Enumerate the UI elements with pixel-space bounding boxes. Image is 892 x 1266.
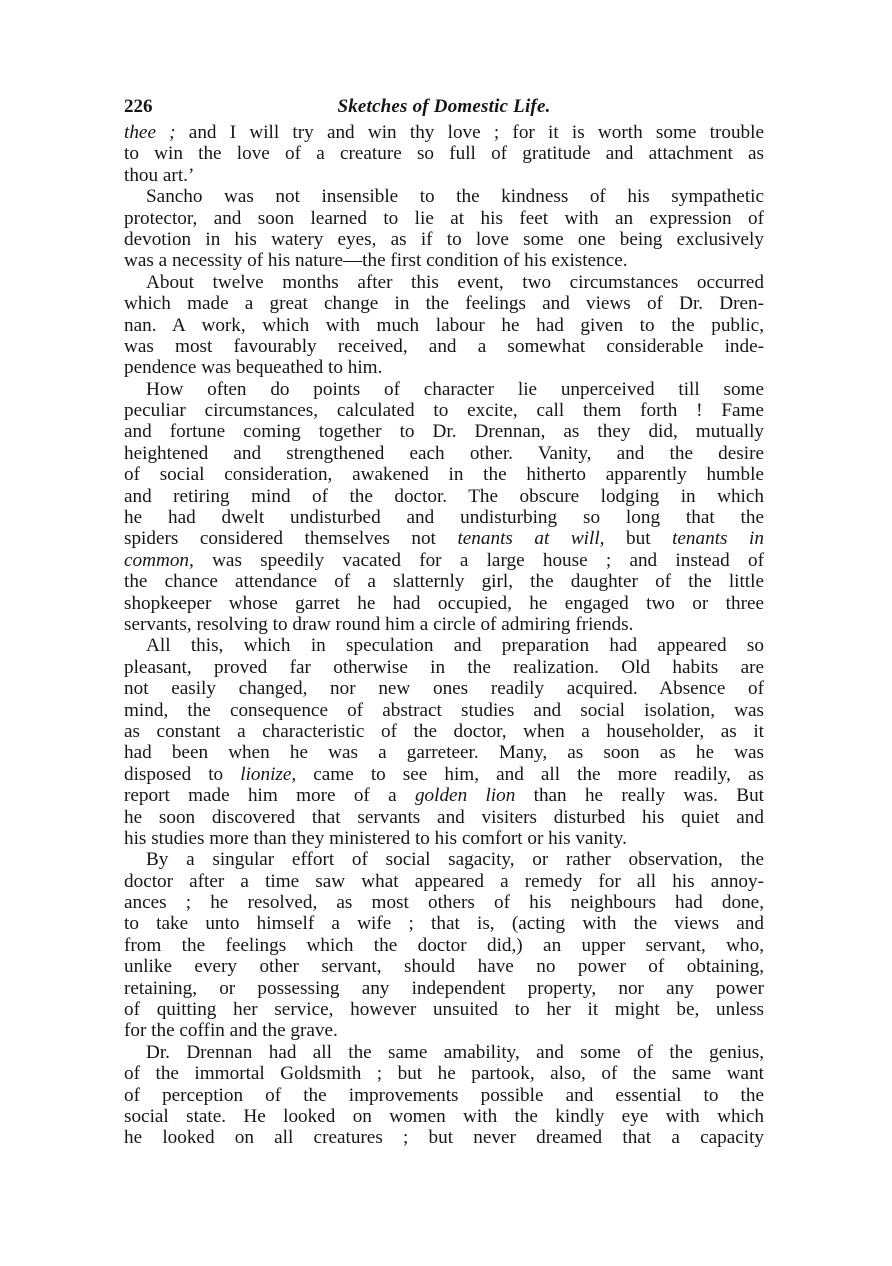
- italic-phrase: golden lion: [415, 785, 515, 806]
- text-line: and retiring mind of the doctor. The obs…: [124, 486, 764, 507]
- text-line: was most favourably received, and a some…: [124, 336, 764, 357]
- text-line: Dr. Drennan had all the same amability, …: [124, 1042, 764, 1063]
- text-line: from the feelings which the doctor did,)…: [124, 935, 764, 956]
- text-line: Sancho was not insensible to the kindnes…: [124, 186, 764, 207]
- text-line: mind, the consequence of abstract studie…: [124, 700, 764, 721]
- text-line: as constant a characteristic of the doct…: [124, 721, 764, 742]
- running-head: 226 Sketches of Domestic Life.: [124, 94, 764, 120]
- text-line: retaining, or possessing any independent…: [124, 978, 764, 999]
- text-line: social state. He looked on women with th…: [124, 1106, 764, 1127]
- text-line: of the immortal Goldsmith ; but he parto…: [124, 1063, 764, 1084]
- text-line: he had dwelt undisturbed and undisturbin…: [124, 507, 764, 528]
- text-line: and fortune coming together to Dr. Drenn…: [124, 421, 764, 442]
- italic-phrase: thee ;: [124, 122, 176, 143]
- text-line: common, was speedily vacated for a large…: [124, 550, 764, 571]
- text-line: of quitting her service, however unsuite…: [124, 999, 764, 1020]
- text-line: had been when he was a garreteer. Many, …: [124, 742, 764, 763]
- text-line: pendence was bequeathed to him.: [124, 357, 764, 378]
- text-line: for the coffin and the grave.: [124, 1020, 764, 1041]
- text-line: the chance attendance of a slatternly gi…: [124, 571, 764, 592]
- book-page: 226 Sketches of Domestic Life. thee ; an…: [124, 94, 764, 1149]
- text-line: nan. A work, which with much labour he h…: [124, 315, 764, 336]
- text-line: his studies more than they ministered to…: [124, 828, 764, 849]
- text-line: to take unto himself a wife ; that is, (…: [124, 913, 764, 934]
- text-line: which made a great change in the feeling…: [124, 293, 764, 314]
- text-line: spiders considered themselves not tenant…: [124, 528, 764, 549]
- text-line: servants, resolving to draw round him a …: [124, 614, 764, 635]
- text-line: heightened and strengthened each other. …: [124, 443, 764, 464]
- text-line: to win the love of a creature so full of…: [124, 143, 764, 164]
- text-line: shopkeeper whose garret he had occupied,…: [124, 593, 764, 614]
- text-line: By a singular effort of social sagacity,…: [124, 849, 764, 870]
- italic-phrase: lionize,: [240, 764, 296, 785]
- text-line: report made him more of a golden lion th…: [124, 785, 764, 806]
- text-line: not easily changed, nor new ones readily…: [124, 678, 764, 699]
- text-line: was a necessity of his nature—the first …: [124, 250, 764, 271]
- text-line: thee ; and I will try and win thy love ;…: [124, 122, 764, 143]
- text-line: ances ; he resolved, as most others of h…: [124, 892, 764, 913]
- body-text: thee ; and I will try and win thy love ;…: [124, 122, 764, 1149]
- text-line: About twelve months after this event, tw…: [124, 272, 764, 293]
- text-line: unlike every other servant, should have …: [124, 956, 764, 977]
- text-line: he soon discovered that servants and vis…: [124, 807, 764, 828]
- text-line: of social consideration, awakened in the…: [124, 464, 764, 485]
- running-title: Sketches of Domestic Life.: [124, 94, 764, 120]
- italic-phrase: tenants in: [672, 528, 764, 549]
- text-line: protector, and soon learned to lie at hi…: [124, 208, 764, 229]
- text-line: pleasant, proved far otherwise in the re…: [124, 657, 764, 678]
- italic-phrase: tenants at will,: [457, 528, 604, 549]
- text-line: thou art.’: [124, 165, 764, 186]
- text-line: he looked on all creatures ; but never d…: [124, 1127, 764, 1148]
- italic-phrase: common,: [124, 550, 194, 571]
- text-line: doctor after a time saw what appeared a …: [124, 871, 764, 892]
- text-line: All this, which in speculation and prepa…: [124, 635, 764, 656]
- text-line: disposed to lionize, came to see him, an…: [124, 764, 764, 785]
- text-line: How often do points of character lie unp…: [124, 379, 764, 400]
- text-line: peculiar circumstances, calculated to ex…: [124, 400, 764, 421]
- text-line: devotion in his watery eyes, as if to lo…: [124, 229, 764, 250]
- text-line: of perception of the improvements possib…: [124, 1085, 764, 1106]
